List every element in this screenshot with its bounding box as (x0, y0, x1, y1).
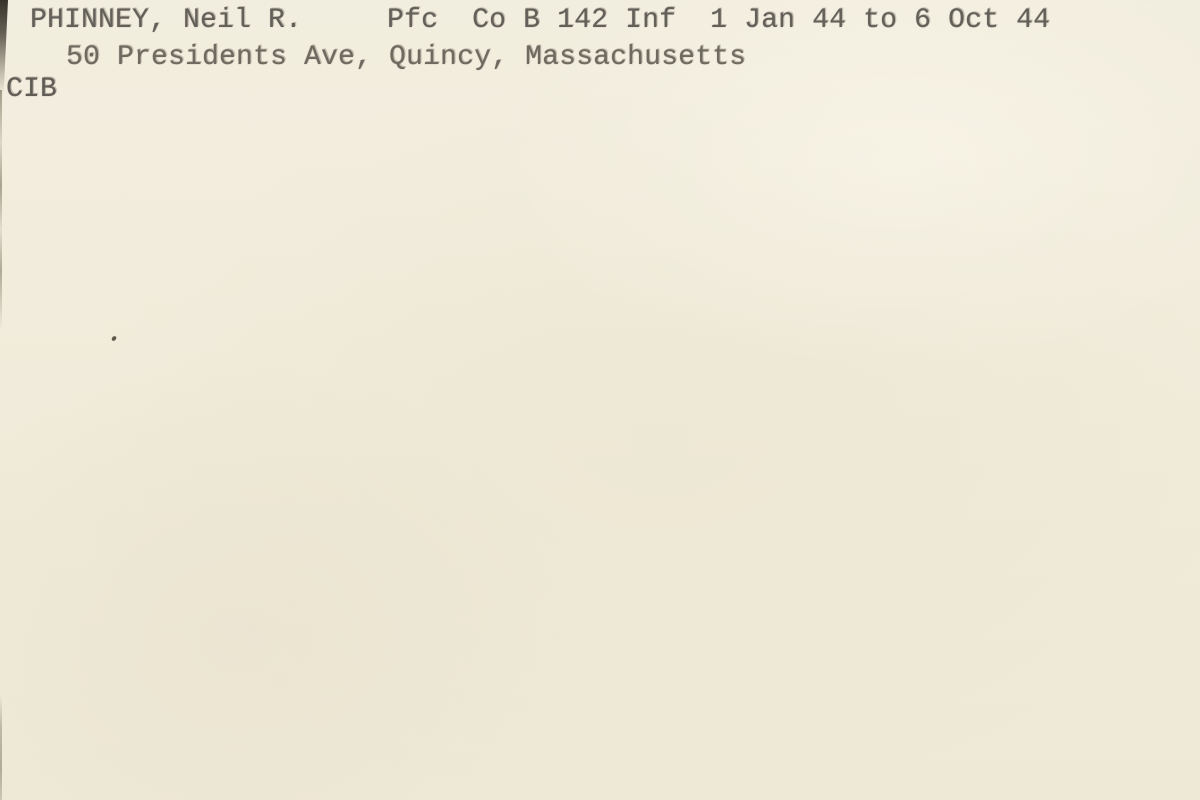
typed-line-name-rank-unit-dates: PHINNEY, Neil R. Pfc Co B 142 Inf 1 Jan … (30, 5, 1050, 36)
typed-line-award-cib: CIB (6, 74, 57, 105)
paper-texture (0, 0, 1200, 800)
typed-line-address: 50 Presidents Ave, Quincy, Massachusetts (66, 42, 746, 73)
scan-edge-line-bottom-left (0, 695, 2, 800)
scan-edge-line-left (0, 90, 2, 330)
ink-speck (111, 335, 117, 341)
index-card: PHINNEY, Neil R. Pfc Co B 142 Inf 1 Jan … (0, 0, 1200, 800)
